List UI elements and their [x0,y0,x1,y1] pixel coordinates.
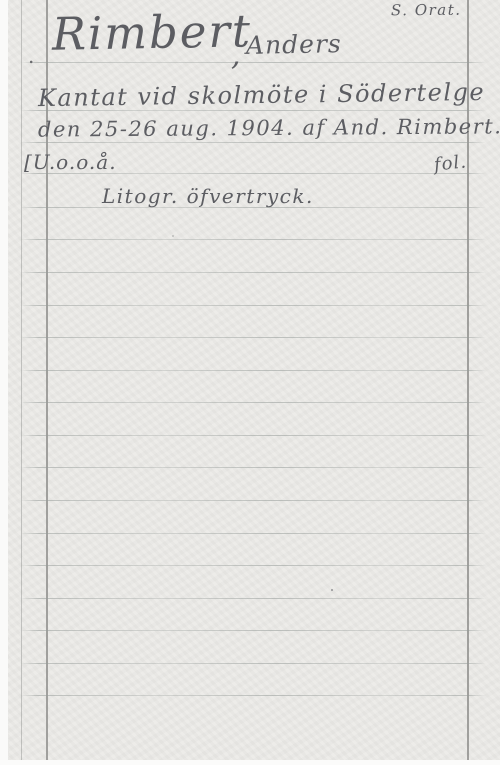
rule-line [20,533,486,534]
rule-line [20,598,486,599]
rule-line [20,272,486,273]
rule-line [20,402,486,403]
imprint-note: [U.o.o.å. [24,150,117,174]
format-note: fol. [433,151,468,175]
margin-dot: . [28,44,35,68]
rule-line [20,337,486,338]
heading-forename: Anders [246,29,342,60]
rule-line [20,142,486,143]
rule-line [20,435,486,436]
left-margin-rule-outer [21,0,22,760]
rule-line [20,305,486,306]
heading-comma: , [231,38,242,73]
rule-line [20,663,486,664]
rule-line [20,239,486,240]
rule-line [20,62,486,63]
rule-line [20,695,486,696]
rule-line [20,370,486,371]
shelf-mark: S. Orat. [391,1,462,20]
dust-speck [172,235,174,237]
dust-speck [331,589,333,591]
rule-line [20,500,486,501]
rule-line [20,565,486,566]
catalog-card: S. Orat. . Rimbert , Anders Kantat vid s… [0,0,500,765]
heading-surname: Rimbert [52,4,253,60]
scan-edge-bottom [0,760,500,765]
left-margin-rule [46,0,48,760]
date-line: den 25-26 aug. 1904. af And. Rimbert. [38,114,500,141]
rule-line [20,467,486,468]
rule-line [20,630,486,631]
scan-edge-left [0,0,8,765]
technique-note: Litogr. öfvertryck. [102,184,314,208]
